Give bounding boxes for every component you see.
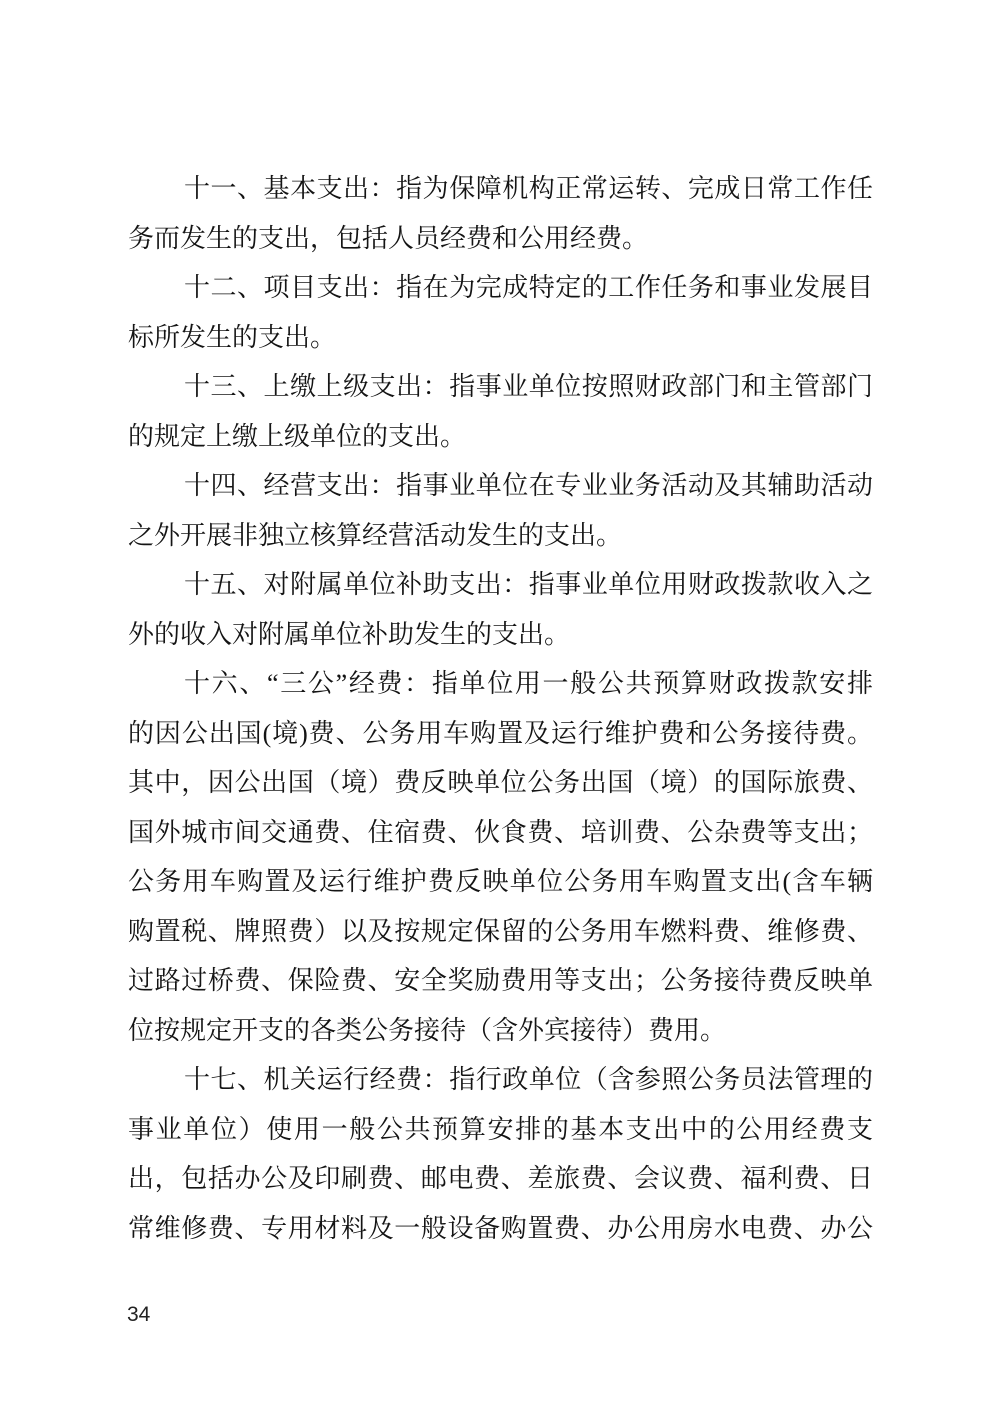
paragraph: 十七、机关运行经费：指行政单位（含参照公务员法管理的事业单位）使用一般公共预算安…: [128, 1055, 873, 1253]
text-line: 十六、“三公”经费：指单位用一般公共预算财政拨款安排: [128, 659, 873, 709]
text-line: 购置税、牌照费）以及按规定保留的公务用车燃料费、维修费、: [128, 907, 873, 957]
document-body: 十一、基本支出：指为保障机构正常运转、完成日常工作任务而发生的支出，包括人员经费…: [128, 164, 873, 1253]
text-line: 位按规定开支的各类公务接待（含外宾接待）费用。: [128, 1006, 873, 1056]
text-line: 十一、基本支出：指为保障机构正常运转、完成日常工作任: [128, 164, 873, 214]
paragraph: 十五、对附属单位补助支出：指事业单位用财政拨款收入之外的收入对附属单位补助发生的…: [128, 560, 873, 659]
paragraph: 十六、“三公”经费：指单位用一般公共预算财政拨款安排的因公出国(境)费、公务用车…: [128, 659, 873, 1055]
text-line: 国外城市间交通费、住宿费、伙食费、培训费、公杂费等支出；: [128, 808, 873, 858]
text-line: 事业单位）使用一般公共预算安排的基本支出中的公用经费支: [128, 1105, 873, 1155]
text-line: 十二、项目支出：指在为完成特定的工作任务和事业发展目: [128, 263, 873, 313]
document-page: 十一、基本支出：指为保障机构正常运转、完成日常工作任务而发生的支出，包括人员经费…: [0, 0, 1000, 1414]
text-line: 公务用车购置及运行维护费反映单位公务用车购置支出(含车辆: [128, 857, 873, 907]
paragraph: 十三、上缴上级支出：指事业单位按照财政部门和主管部门的规定上缴上级单位的支出。: [128, 362, 873, 461]
text-line: 十七、机关运行经费：指行政单位（含参照公务员法管理的: [128, 1055, 873, 1105]
text-line: 的规定上缴上级单位的支出。: [128, 412, 873, 462]
text-line: 过路过桥费、保险费、安全奖励费用等支出；公务接待费反映单: [128, 956, 873, 1006]
text-line: 十五、对附属单位补助支出：指事业单位用财政拨款收入之: [128, 560, 873, 610]
text-line: 十三、上缴上级支出：指事业单位按照财政部门和主管部门: [128, 362, 873, 412]
paragraph: 十二、项目支出：指在为完成特定的工作任务和事业发展目标所发生的支出。: [128, 263, 873, 362]
text-line: 其中，因公出国（境）费反映单位公务出国（境）的国际旅费、: [128, 758, 873, 808]
text-line: 务而发生的支出，包括人员经费和公用经费。: [128, 214, 873, 264]
text-line: 外的收入对附属单位补助发生的支出。: [128, 610, 873, 660]
paragraph: 十四、经营支出：指事业单位在专业业务活动及其辅助活动之外开展非独立核算经营活动发…: [128, 461, 873, 560]
text-line: 之外开展非独立核算经营活动发生的支出。: [128, 511, 873, 561]
text-line: 常维修费、专用材料及一般设备购置费、办公用房水电费、办公: [128, 1204, 873, 1254]
text-line: 十四、经营支出：指事业单位在专业业务活动及其辅助活动: [128, 461, 873, 511]
page-number: 34: [127, 1302, 150, 1328]
text-line: 标所发生的支出。: [128, 313, 873, 363]
paragraph: 十一、基本支出：指为保障机构正常运转、完成日常工作任务而发生的支出，包括人员经费…: [128, 164, 873, 263]
text-line: 出，包括办公及印刷费、邮电费、差旅费、会议费、福利费、日: [128, 1154, 873, 1204]
text-line: 的因公出国(境)费、公务用车购置及运行维护费和公务接待费。: [128, 709, 873, 759]
